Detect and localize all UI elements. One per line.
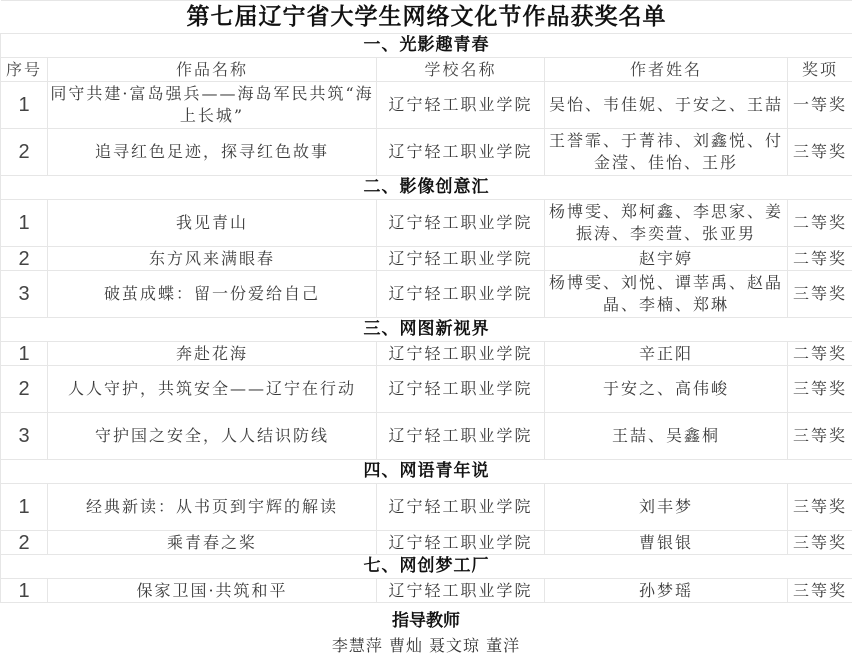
table-row: 3 守护国之安全，人人结识防线 辽宁轻工职业学院 王喆、吴鑫桐 三等奖: [1, 413, 852, 460]
cell-authors: 杨博雯、郑柯鑫、李思家、姜振涛、李奕萱、张亚男: [545, 200, 788, 247]
column-header-work: 作品名称: [48, 58, 377, 82]
cell-award: 二等奖: [788, 247, 852, 271]
cell-no: 1: [1, 579, 48, 603]
advisor-names: 李慧萍 曹灿 聂文琼 董洋: [0, 633, 852, 654]
cell-work: 经典新读：从书页到宇辉的解读: [48, 484, 377, 531]
cell-authors: 杨博雯、刘悦、谭莘禹、赵晶晶、李楠、郑琳: [545, 271, 788, 318]
cell-school: 辽宁轻工职业学院: [377, 579, 545, 603]
cell-award: 二等奖: [788, 342, 852, 366]
page-title: 第七届辽宁省大学生网络文化节作品获奖名单: [1, 1, 852, 34]
cell-school: 辽宁轻工职业学院: [377, 484, 545, 531]
title-row: 第七届辽宁省大学生网络文化节作品获奖名单: [1, 1, 852, 34]
table-row: 1 我见青山 辽宁轻工职业学院 杨博雯、郑柯鑫、李思家、姜振涛、李奕萱、张亚男 …: [1, 200, 852, 247]
cell-award: 三等奖: [788, 129, 852, 176]
section-heading: 二、影像创意汇: [1, 176, 852, 200]
cell-school: 辽宁轻工职业学院: [377, 129, 545, 176]
advisor-heading: 指导教师: [0, 609, 852, 633]
section-heading-row: 三、网图新视界: [1, 318, 852, 342]
cell-work: 保家卫国·共筑和平: [48, 579, 377, 603]
cell-work: 东方风来满眼春: [48, 247, 377, 271]
section-heading: 七、网创梦工厂: [1, 555, 852, 579]
cell-award: 三等奖: [788, 531, 852, 555]
table-row: 2 东方风来满眼春 辽宁轻工职业学院 赵宇婷 二等奖: [1, 247, 852, 271]
cell-school: 辽宁轻工职业学院: [377, 247, 545, 271]
section-heading-row: 七、网创梦工厂: [1, 555, 852, 579]
cell-school: 辽宁轻工职业学院: [377, 413, 545, 460]
cell-school: 辽宁轻工职业学院: [377, 271, 545, 318]
cell-no: 1: [1, 342, 48, 366]
cell-award: 三等奖: [788, 366, 852, 413]
column-header-award: 奖项: [788, 58, 852, 82]
cell-no: 3: [1, 271, 48, 318]
cell-school: 辽宁轻工职业学院: [377, 342, 545, 366]
cell-authors: 辛正阳: [545, 342, 788, 366]
cell-authors: 王誉霏、于菁祎、刘鑫悦、付金滢、佳怡、王彤: [545, 129, 788, 176]
cell-work: 人人守护，共筑安全——辽宁在行动: [48, 366, 377, 413]
cell-no: 2: [1, 129, 48, 176]
award-table: 第七届辽宁省大学生网络文化节作品获奖名单 一、光影趣青春 序号 作品名称 学校名…: [0, 0, 852, 603]
table-row: 1 经典新读：从书页到宇辉的解读 辽宁轻工职业学院 刘丰梦 三等奖: [1, 484, 852, 531]
table-row: 2 人人守护，共筑安全——辽宁在行动 辽宁轻工职业学院 于安之、高伟峻 三等奖: [1, 366, 852, 413]
column-header-row: 序号 作品名称 学校名称 作者姓名 奖项: [1, 58, 852, 82]
cell-award: 二等奖: [788, 200, 852, 247]
section-heading-row: 四、网语青年说: [1, 460, 852, 484]
cell-work: 追寻红色足迹，探寻红色故事: [48, 129, 377, 176]
cell-authors: 赵宇婷: [545, 247, 788, 271]
section-heading: 三、网图新视界: [1, 318, 852, 342]
cell-no: 2: [1, 366, 48, 413]
cell-no: 1: [1, 200, 48, 247]
cell-work: 破茧成蝶：留一份爱给自己: [48, 271, 377, 318]
cell-award: 三等奖: [788, 271, 852, 318]
table-row: 3 破茧成蝶：留一份爱给自己 辽宁轻工职业学院 杨博雯、刘悦、谭莘禹、赵晶晶、李…: [1, 271, 852, 318]
cell-authors: 王喆、吴鑫桐: [545, 413, 788, 460]
cell-authors: 于安之、高伟峻: [545, 366, 788, 413]
cell-no: 1: [1, 484, 48, 531]
table-row: 1 奔赴花海 辽宁轻工职业学院 辛正阳 二等奖: [1, 342, 852, 366]
cell-no: 2: [1, 247, 48, 271]
cell-award: 三等奖: [788, 484, 852, 531]
cell-authors: 孙梦瑶: [545, 579, 788, 603]
section-heading: 一、光影趣青春: [1, 34, 852, 58]
cell-work: 同守共建·富岛强兵——海岛军民共筑“海上长城”: [48, 82, 377, 129]
cell-authors: 吴怡、韦佳妮、于安之、王喆: [545, 82, 788, 129]
section-heading: 四、网语青年说: [1, 460, 852, 484]
section-heading-row: 二、影像创意汇: [1, 176, 852, 200]
advisor-section: 指导教师 李慧萍 曹灿 聂文琼 董洋: [0, 609, 852, 654]
cell-work: 我见青山: [48, 200, 377, 247]
column-header-no: 序号: [1, 58, 48, 82]
cell-work: 奔赴花海: [48, 342, 377, 366]
column-header-school: 学校名称: [377, 58, 545, 82]
cell-no: 3: [1, 413, 48, 460]
cell-school: 辽宁轻工职业学院: [377, 82, 545, 129]
cell-school: 辽宁轻工职业学院: [377, 366, 545, 413]
table-row: 1 同守共建·富岛强兵——海岛军民共筑“海上长城” 辽宁轻工职业学院 吴怡、韦佳…: [1, 82, 852, 129]
table-row: 2 乘青春之桨 辽宁轻工职业学院 曹银银 三等奖: [1, 531, 852, 555]
column-header-authors: 作者姓名: [545, 58, 788, 82]
award-list-sheet: 第七届辽宁省大学生网络文化节作品获奖名单 一、光影趣青春 序号 作品名称 学校名…: [0, 0, 852, 654]
cell-work: 守护国之安全，人人结识防线: [48, 413, 377, 460]
cell-award: 三等奖: [788, 413, 852, 460]
section-heading-row: 一、光影趣青春: [1, 34, 852, 58]
cell-award: 三等奖: [788, 579, 852, 603]
cell-no: 2: [1, 531, 48, 555]
cell-school: 辽宁轻工职业学院: [377, 200, 545, 247]
table-row: 2 追寻红色足迹，探寻红色故事 辽宁轻工职业学院 王誉霏、于菁祎、刘鑫悦、付金滢…: [1, 129, 852, 176]
cell-school: 辽宁轻工职业学院: [377, 531, 545, 555]
cell-authors: 曹银银: [545, 531, 788, 555]
cell-no: 1: [1, 82, 48, 129]
cell-award: 一等奖: [788, 82, 852, 129]
table-row: 1 保家卫国·共筑和平 辽宁轻工职业学院 孙梦瑶 三等奖: [1, 579, 852, 603]
cell-authors: 刘丰梦: [545, 484, 788, 531]
cell-work: 乘青春之桨: [48, 531, 377, 555]
